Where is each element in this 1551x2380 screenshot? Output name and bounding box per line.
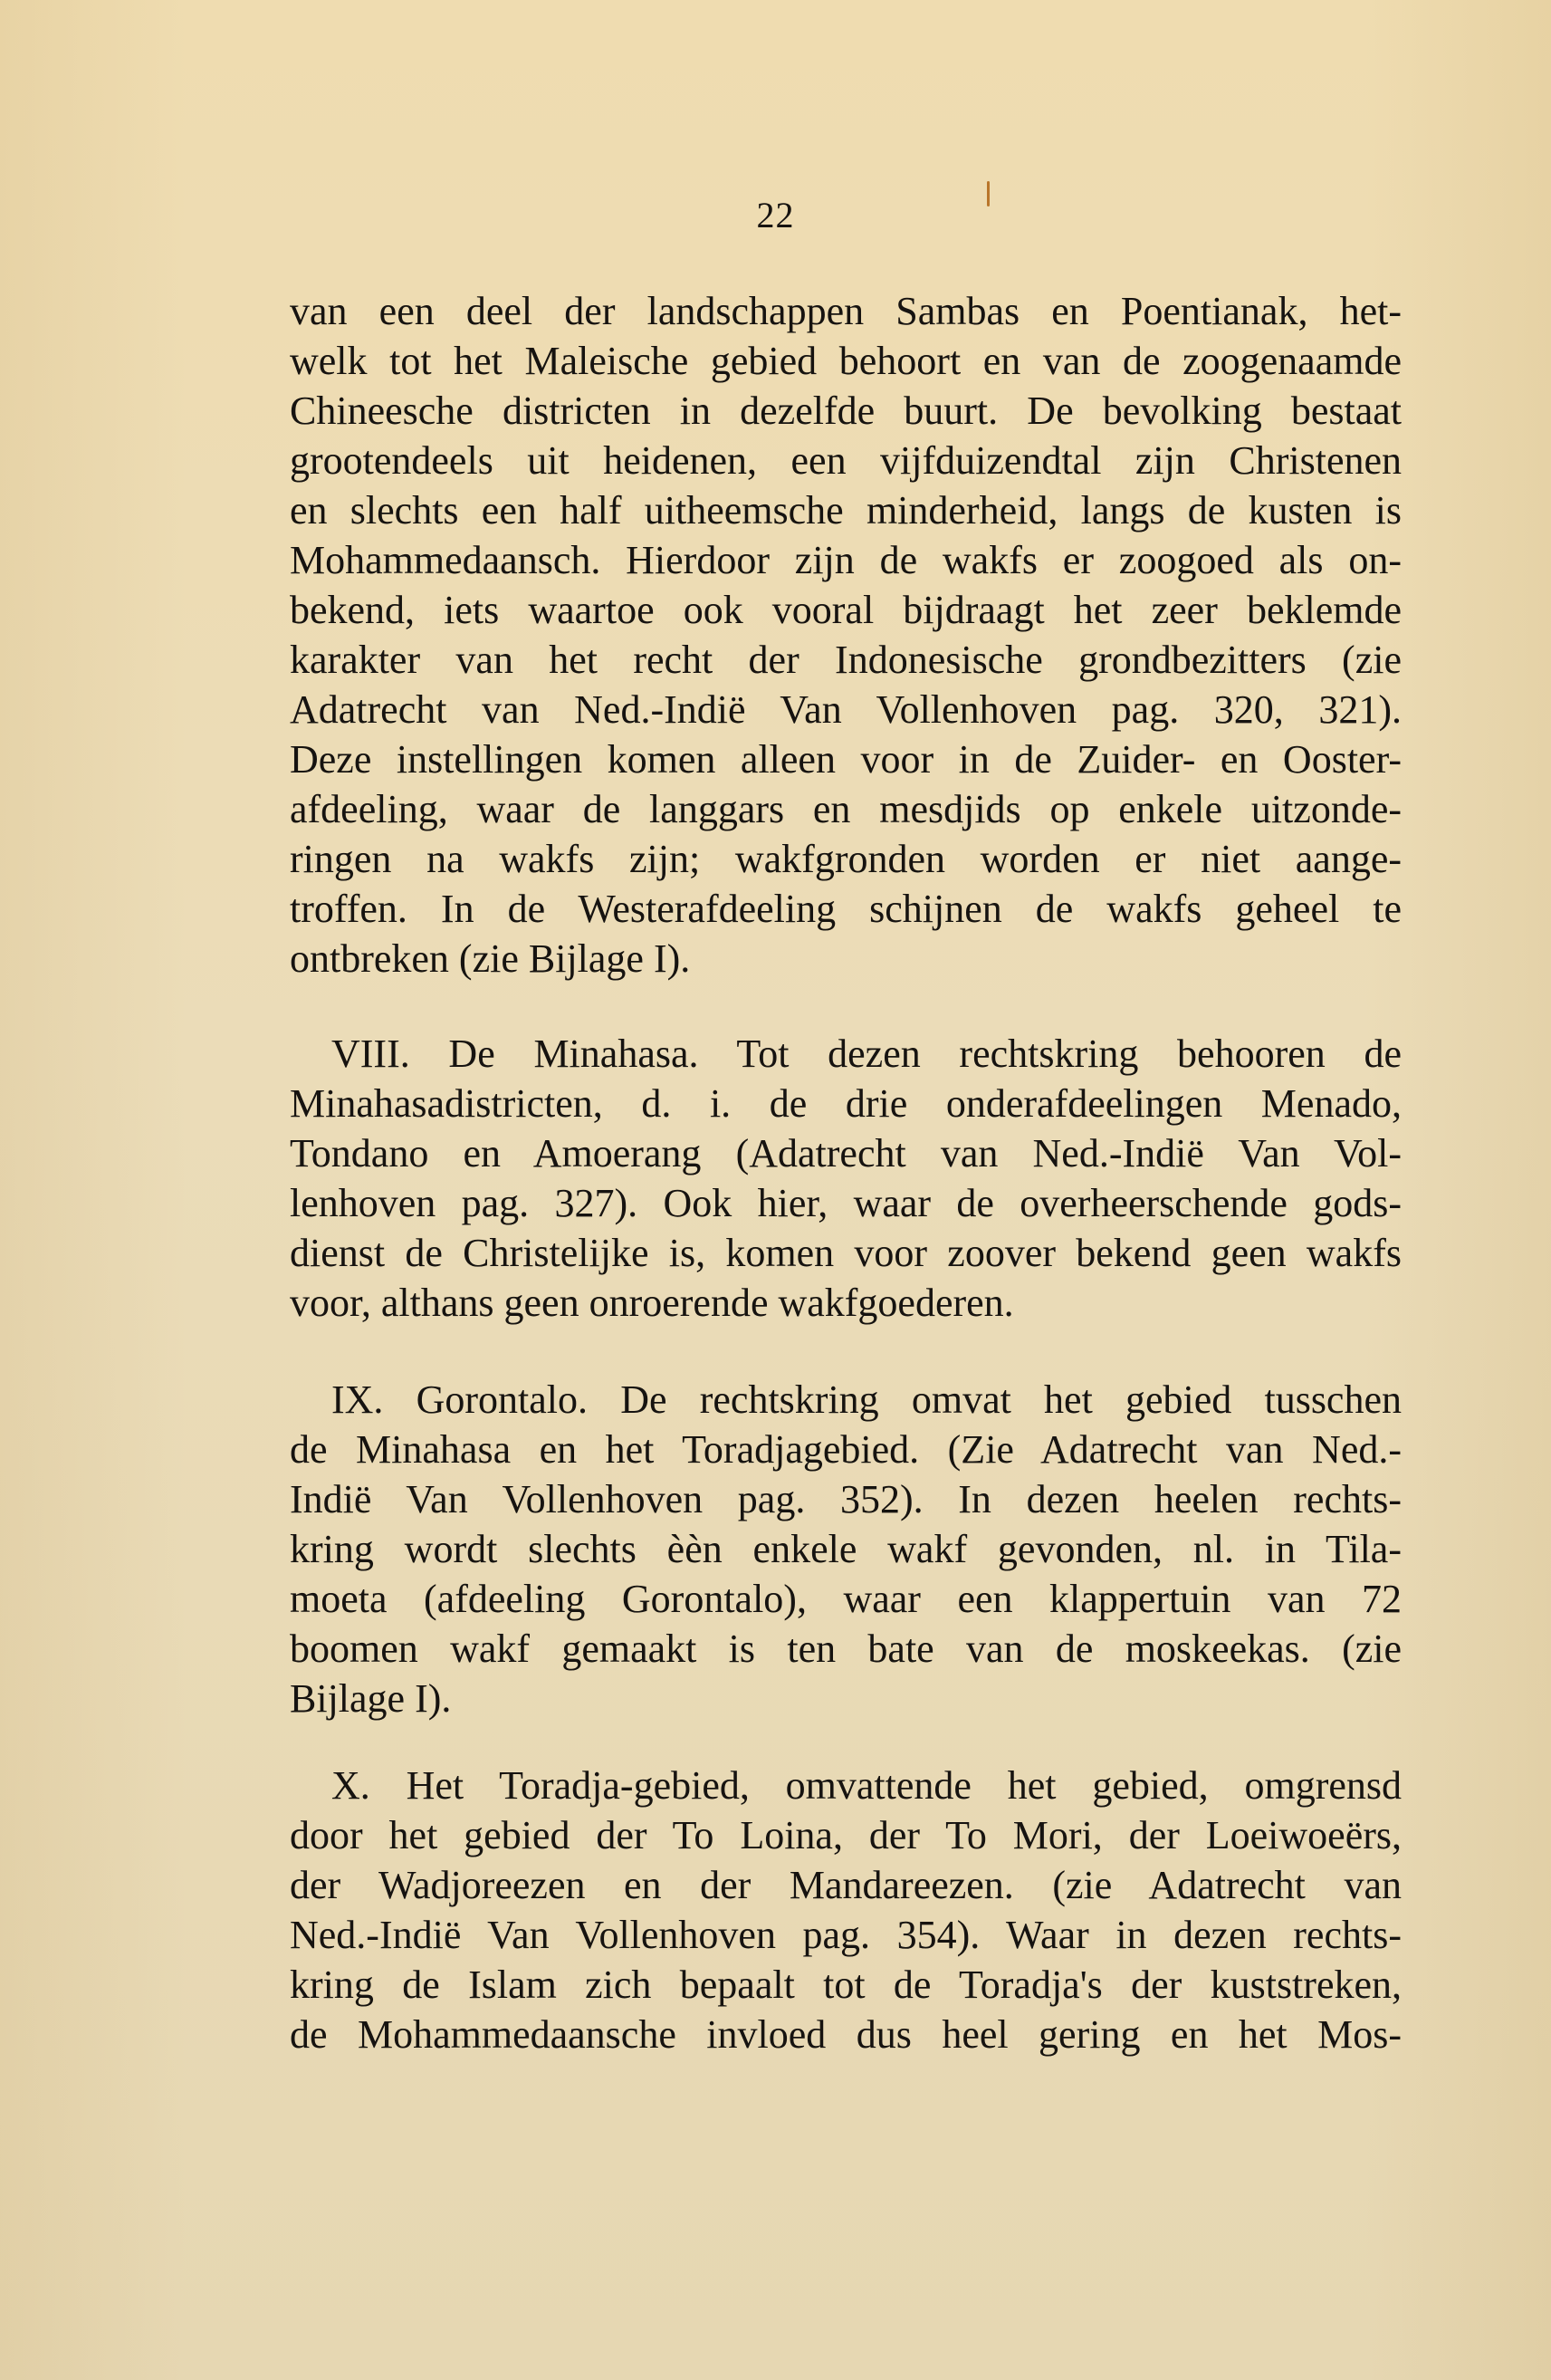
text-line: Chineesche districten in dezelfde buurt.… — [290, 386, 1402, 436]
text-line: boomen wakf gemaakt is ten bate van de m… — [290, 1624, 1402, 1674]
text-line: der Wadjoreezen en der Mandareezen. (zie… — [290, 1860, 1402, 1910]
paper-blemish — [987, 181, 990, 206]
text-line: voor, althans geen onroerende wakfgoeder… — [290, 1278, 1402, 1328]
text-line: Mohammedaansch. Hierdoor zijn de wakfs e… — [290, 535, 1402, 585]
text-line: Bijlage I). — [290, 1674, 1402, 1723]
text-line: lenhoven pag. 327). Ook hier, waar de ov… — [290, 1178, 1402, 1228]
text-line: moeta (afdeeling Gorontalo), waar een kl… — [290, 1574, 1402, 1624]
page-number: 22 — [0, 194, 1551, 236]
text-line: Ned.-Indië Van Vollenhoven pag. 354). Wa… — [290, 1910, 1402, 1960]
text-line: Tondano en Amoerang (Adatrecht van Ned.-… — [290, 1128, 1402, 1178]
text-line: ontbreken (zie Bijlage I). — [290, 934, 1402, 984]
text-line: troffen. In de Westerafdeeling schijnen … — [290, 884, 1402, 934]
text-line: grootendeels uit heidenen, een vijfduize… — [290, 436, 1402, 485]
section-heading-line: X. Het Toradja-gebied, omvattende het ge… — [290, 1761, 1402, 1810]
text-line: afdeeling, waar de langgars en mesdjids … — [290, 784, 1402, 834]
text-line: door het gebied der To Loina, der To Mor… — [290, 1810, 1402, 1860]
text-line: kring wordt slechts èèn enkele wakf gevo… — [290, 1524, 1402, 1574]
text-line: dienst de Christelijke is, komen voor zo… — [290, 1228, 1402, 1278]
text-line: en slechts een half uitheemsche minderhe… — [290, 485, 1402, 535]
paragraph-continuation: van een deel der landschappen Sambas en … — [290, 286, 1402, 984]
text-line: bekend, iets waartoe ook vooral bijdraag… — [290, 585, 1402, 635]
text-line: van een deel der landschappen Sambas en … — [290, 286, 1402, 336]
section-heading-line: IX. Gorontalo. De rechtskring omvat het … — [290, 1375, 1402, 1425]
section-heading-line: VIII. De Minahasa. Tot dezen rechtskring… — [290, 1029, 1402, 1079]
text-line: de Minahasa en het Toradjagebied. (Zie A… — [290, 1425, 1402, 1474]
text-line: Minahasadistricten, d. i. de drie ondera… — [290, 1079, 1402, 1128]
paragraph-section-x: X. Het Toradja-gebied, omvattende het ge… — [290, 1761, 1402, 2059]
paragraph-section-viii: VIII. De Minahasa. Tot dezen rechtskring… — [290, 1029, 1402, 1328]
text-line: Adatrecht van Ned.-Indië Van Vollenhoven… — [290, 685, 1402, 734]
text-line: karakter van het recht der Indonesische … — [290, 635, 1402, 685]
text-line: Indië Van Vollenhoven pag. 352). In deze… — [290, 1474, 1402, 1524]
text-line: Deze instellingen komen alleen voor in d… — [290, 734, 1402, 784]
paragraph-section-ix: IX. Gorontalo. De rechtskring omvat het … — [290, 1375, 1402, 1723]
text-line: kring de Islam zich bepaalt tot de Torad… — [290, 1960, 1402, 2010]
text-line: ringen na wakfs zijn; wakfgronden worden… — [290, 834, 1402, 884]
text-line: welk tot het Maleische gebied behoort en… — [290, 336, 1402, 386]
text-line: de Mohammedaansche invloed dus heel geri… — [290, 2010, 1402, 2059]
